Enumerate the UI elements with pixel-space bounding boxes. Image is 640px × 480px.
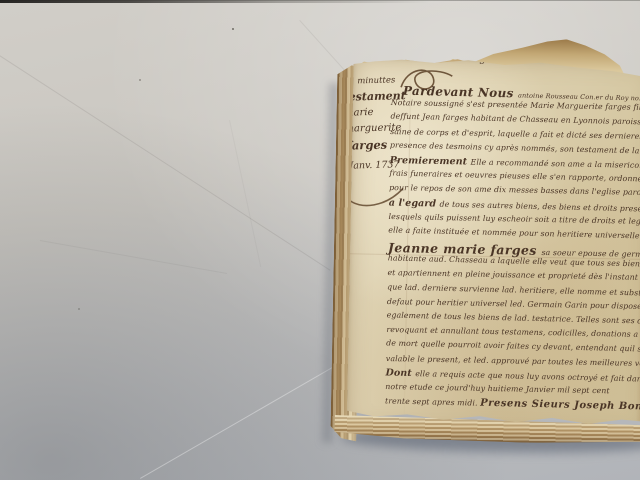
dust-speck — [232, 28, 234, 30]
scratch-line — [229, 120, 261, 267]
dust-speck — [78, 308, 80, 310]
manuscript-line-text: Premierement — [390, 155, 471, 168]
photo-top-dark-edge — [0, 0, 430, 3]
manuscript-page: 5 minuttesTestamentmariemargueritefarges… — [346, 57, 640, 435]
manuscript-line-text: Dont — [385, 367, 415, 379]
dust-speck — [139, 79, 141, 81]
manuscript-line-text: Presens Sieurs Joseph Bonet — [480, 398, 640, 413]
manuscript-line-text: Pardevant Nous — [403, 84, 518, 101]
manuscript-line-text: a l'egard — [389, 197, 440, 209]
manuscript-line-text: trente sept apres midi. — [385, 397, 480, 408]
manuscript-text: Pardevant Nous antoine Rousseau Con.er d… — [385, 84, 640, 415]
manuscript-document: 5 minuttesTestamentmariemargueritefarges… — [328, 33, 640, 463]
scratch-line — [0, 52, 330, 271]
photo-background: 5 minuttesTestamentmariemargueritefarges… — [0, 0, 640, 480]
scratch-line — [40, 240, 227, 274]
